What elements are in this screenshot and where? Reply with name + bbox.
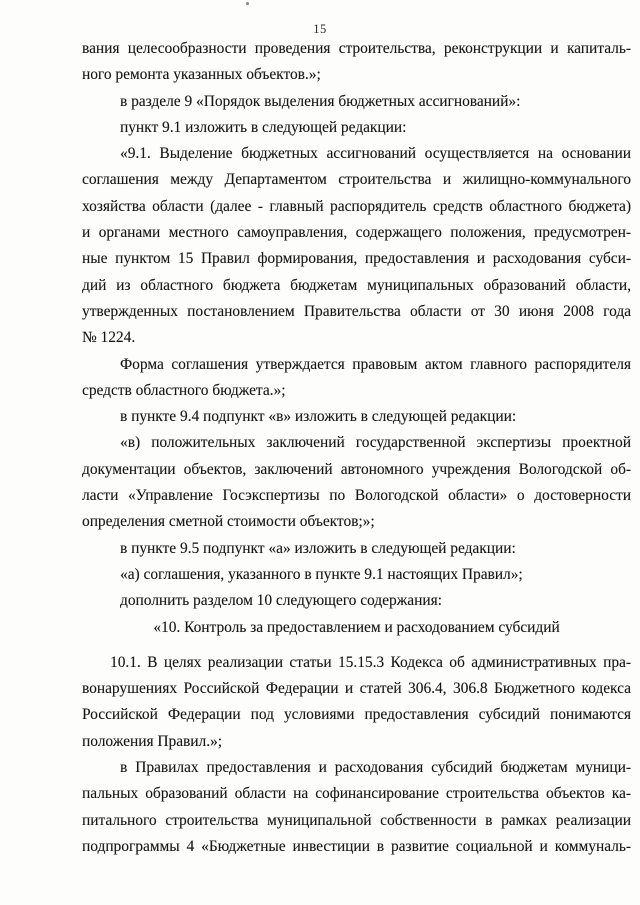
text-line: № 1224. [82,325,631,351]
text-line: вания целесообразности проведения строит… [82,36,631,62]
text-line: Форма соглашения утверждается правовым а… [82,352,631,378]
page-number: 15 [0,22,640,37]
text-line: ного ремонта указанных объектов.»; [82,62,631,88]
text-line: ласти «Управление Госэкспертизы по Волог… [82,483,631,509]
text-line: и органами местного самоуправления, соде… [82,220,631,246]
text-line: определения сметной стоимости объектов;»… [82,509,631,535]
text-line: средств областного бюджета.»; [82,378,631,404]
text-line: питального строительства муниципальной с… [82,808,631,834]
text-line: подпрограммы 4 «Бюджетные инвестиции в р… [82,834,631,860]
document-text-block: вания целесообразности проведения строит… [82,36,631,860]
text-line: пункт 9.1 изложить в следующей редакции: [82,115,631,141]
text-line: утвержденных постановлением Правительств… [82,299,631,325]
text-line: в пункте 9.5 подпункт «а» изложить в сле… [82,536,631,562]
text-line: Российской Федерации под условиями предо… [82,702,631,728]
text-line: дий из областного бюджета бюджетам муниц… [82,273,631,299]
text-line: положения Правил.»; [82,729,631,755]
text-line: соглашения между Департаментом строитель… [82,167,631,193]
text-line: «а) соглашения, указанного в пункте 9.1 … [82,562,631,588]
text-line: документации объектов, заключений автоно… [82,457,631,483]
text-line: «9.1. Выделение бюджетных ассигнований о… [82,141,631,167]
text-line: «в) положительных заключений государстве… [82,430,631,456]
text-line: 10.1. В целях реализации статьи 15.15.3 … [82,650,631,676]
scan-artifact-dot [246,2,249,5]
text-line: пальных образований области на софинанси… [82,781,631,807]
text-line: дополнить разделом 10 следующего содержа… [82,588,631,614]
text-line: ные пунктом 15 Правил формирования, пред… [82,246,631,272]
text-line: вонарушениях Российской Федерации и стат… [82,676,631,702]
text-line: в разделе 9 «Порядок выделения бюджетных… [82,89,631,115]
text-line: в Правилах предоставления и расходования… [82,755,631,781]
text-line: в пункте 9.4 подпункт «в» изложить в сле… [82,404,631,430]
section-heading-line: «10. Контроль за предоставлением и расхо… [82,615,631,641]
text-line: хозяйства области (далее - главный распо… [82,194,631,220]
document-page: 15 вания целесообразности проведения стр… [0,0,640,905]
